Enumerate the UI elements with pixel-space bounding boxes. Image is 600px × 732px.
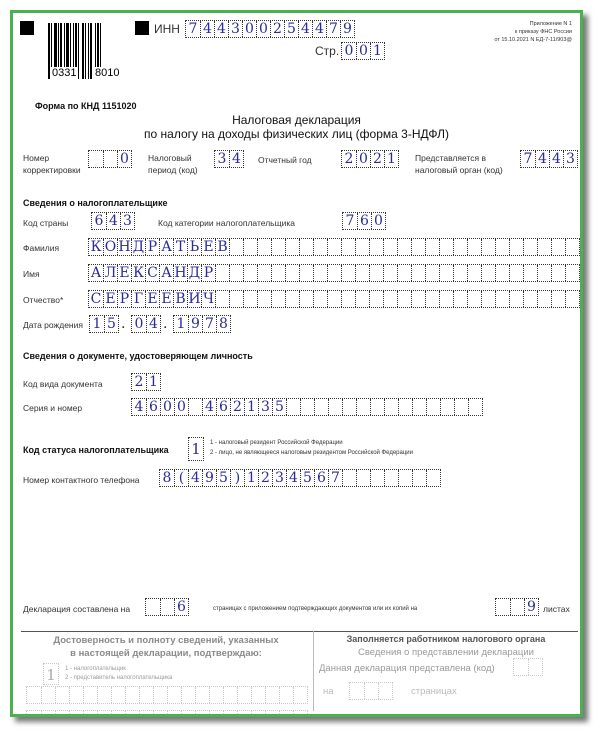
char-cell — [327, 239, 341, 255]
char-cell — [411, 239, 425, 255]
char-cell — [495, 291, 509, 307]
sheets-label: листах — [543, 603, 570, 615]
char-cell: Н — [173, 265, 187, 281]
char-cell — [285, 265, 299, 281]
char-cell — [383, 265, 397, 281]
series-number-field[interactable]: 4600462135 — [131, 398, 483, 416]
char-cell — [509, 265, 523, 281]
char-cell: 0 — [356, 43, 370, 59]
birthdate-label: Дата рождения — [23, 319, 89, 331]
char-cell: 5 — [104, 316, 118, 332]
char-cell — [495, 265, 509, 281]
char-cell — [299, 291, 313, 307]
char-cell — [481, 291, 495, 307]
period-label-2: период (код) — [148, 164, 198, 176]
char-cell: 0 — [174, 399, 188, 415]
appendix-line: к приказу ФНС России — [494, 28, 572, 36]
char-cell — [356, 399, 370, 415]
char-cell — [426, 470, 440, 486]
char-cell — [565, 265, 579, 281]
pages-count-field[interactable]: 6 — [145, 598, 189, 616]
char-cell — [146, 599, 160, 615]
correction-label-2: корректировки — [23, 164, 81, 176]
char-cell — [314, 399, 328, 415]
char-cell — [510, 599, 524, 615]
confirmation-title-line: Достоверность и полноту сведений, указан… — [21, 634, 311, 647]
char-cell — [509, 291, 523, 307]
char-cell: Д — [187, 265, 201, 281]
char-cell — [383, 291, 397, 307]
char-cell — [55, 711, 69, 714]
char-cell: 0 — [242, 21, 256, 37]
pages-word-label: страницах — [411, 686, 457, 698]
signer-name-field-2[interactable] — [26, 710, 308, 714]
char-cell — [565, 291, 579, 307]
birth-month-field[interactable]: 04 — [131, 315, 161, 333]
char-cell: 4 — [286, 470, 300, 486]
char-cell — [285, 291, 299, 307]
char-cell — [341, 291, 355, 307]
confirmation-option-1: 1 - налогоплательщик — [65, 665, 126, 673]
char-cell: 1 — [244, 399, 258, 415]
taxpayer-section-title: Сведения о налогоплательщике — [23, 197, 167, 209]
char-cell — [327, 291, 341, 307]
char-cell — [286, 399, 300, 415]
char-cell: А — [159, 265, 173, 281]
char-cell — [313, 239, 327, 255]
status-option-2: 2 - лицо, не являющееся налоговым резиде… — [210, 449, 413, 457]
char-cell — [271, 291, 285, 307]
char-cell — [468, 399, 482, 415]
char-cell — [481, 265, 495, 281]
pages-middle-label: страницах с приложением подтверждающих д… — [213, 605, 417, 613]
char-cell: 2 — [342, 151, 356, 167]
char-cell: К — [131, 265, 145, 281]
char-cell: ) — [230, 470, 244, 486]
status-field[interactable]: 1 — [188, 437, 204, 461]
char-cell: 7 — [202, 316, 216, 332]
char-cell — [257, 265, 271, 281]
appendix-line: Приложение N 1 — [494, 20, 572, 28]
reporting-year-field[interactable]: 2021 — [341, 150, 399, 168]
series-number-label: Серия и номер — [23, 402, 82, 414]
confirmation-option-2: 2 - представитель налогоплательщика — [65, 674, 172, 682]
char-cell — [285, 239, 299, 255]
char-cell — [411, 265, 425, 281]
char-cell — [27, 687, 41, 703]
char-cell — [103, 151, 117, 167]
patronymic-label: Отчество* — [23, 294, 63, 306]
char-cell: 7 — [328, 470, 342, 486]
char-cell: Ч — [201, 291, 215, 307]
char-cell: 3 — [120, 213, 134, 229]
char-cell — [370, 399, 384, 415]
char-cell: Е — [117, 265, 131, 281]
char-cell: 0 — [256, 21, 270, 37]
char-cell — [537, 265, 551, 281]
char-cell — [195, 687, 209, 703]
char-cell — [313, 265, 327, 281]
char-cell: ( — [174, 470, 188, 486]
phone-label: Номер контактного телефона — [23, 474, 159, 486]
char-cell: 4 — [188, 470, 202, 486]
char-cell: 2 — [370, 151, 384, 167]
char-cell — [453, 239, 467, 255]
char-cell — [69, 711, 83, 714]
char-cell — [537, 239, 551, 255]
on-label: на — [323, 686, 334, 698]
char-cell: 2 — [132, 374, 146, 390]
char-cell: 4 — [229, 151, 243, 167]
char-cell — [523, 265, 537, 281]
char-cell: 4 — [214, 21, 228, 37]
char-cell: 7 — [326, 21, 340, 37]
char-cell — [167, 711, 181, 714]
barcode-number-right: 8010 — [94, 67, 120, 79]
char-cell: 6 — [216, 399, 230, 415]
char-cell — [481, 239, 495, 255]
birth-year-field[interactable]: 1978 — [173, 315, 231, 333]
char-cell — [537, 291, 551, 307]
char-cell — [565, 239, 579, 255]
char-cell: 3 — [272, 470, 286, 486]
status-option-1: 1 - налоговый резидент Российской Федера… — [210, 439, 343, 447]
char-cell — [551, 265, 565, 281]
char-cell — [342, 470, 356, 486]
char-cell — [467, 291, 481, 307]
category-label: Код категории налогоплательщика — [158, 217, 295, 229]
char-cell — [528, 659, 542, 675]
char-cell: 8 — [216, 316, 230, 332]
pages-label: Декларация составлена на — [23, 603, 145, 615]
birth-day-field[interactable]: 15 — [89, 315, 119, 333]
char-cell — [440, 399, 454, 415]
char-cell: 4 — [549, 151, 563, 167]
phone-field[interactable]: 8(495)1234567 — [159, 469, 441, 487]
barcode: 0331 8010 — [48, 23, 132, 79]
char-cell — [398, 470, 412, 486]
char-cell — [237, 711, 251, 714]
char-cell: 4 — [202, 399, 216, 415]
correction-number-field[interactable]: 0 — [88, 150, 132, 168]
char-cell: 6 — [92, 213, 106, 229]
form-title: Налоговая декларация — [13, 113, 580, 127]
country-label: Код страны — [23, 217, 68, 229]
char-cell: Ь — [187, 239, 201, 255]
char-cell — [139, 711, 153, 714]
char-cell — [454, 399, 468, 415]
char-cell: 4 — [146, 316, 160, 332]
char-cell — [356, 470, 370, 486]
char-cell — [188, 399, 202, 415]
category-code-field[interactable]: 760 — [342, 212, 386, 230]
char-cell: 8 — [160, 470, 174, 486]
char-cell: 1 — [370, 43, 384, 59]
char-cell — [397, 291, 411, 307]
doc-type-label: Код вида документа — [23, 378, 103, 390]
char-cell — [215, 291, 229, 307]
char-cell — [271, 239, 285, 255]
corner-marker — [135, 21, 149, 35]
char-cell: К — [89, 239, 103, 255]
char-cell — [69, 687, 83, 703]
char-cell — [279, 687, 293, 703]
char-cell — [111, 711, 125, 714]
char-cell — [551, 239, 565, 255]
char-cell: Е — [201, 239, 215, 255]
signer-name-field[interactable] — [26, 686, 308, 704]
char-cell — [397, 265, 411, 281]
char-cell: Е — [103, 291, 117, 307]
char-cell — [181, 711, 195, 714]
char-cell — [496, 599, 510, 615]
char-cell: И — [187, 291, 201, 307]
char-cell: А — [159, 239, 173, 255]
char-cell: 7 — [521, 151, 535, 167]
tax-office-title: Заполняется работником налогового органа — [315, 634, 577, 644]
char-cell — [384, 470, 398, 486]
char-cell: 3 — [563, 151, 577, 167]
char-cell — [265, 687, 279, 703]
page-number-field[interactable]: 001 — [341, 42, 385, 60]
confirmation-title: Достоверность и полноту сведений, указан… — [21, 634, 311, 660]
char-cell — [313, 291, 327, 307]
char-cell: Е — [159, 291, 173, 307]
char-cell — [341, 239, 355, 255]
char-cell — [425, 265, 439, 281]
char-cell — [355, 291, 369, 307]
char-cell — [398, 399, 412, 415]
char-cell: 0 — [132, 316, 146, 332]
char-cell: 9 — [340, 21, 354, 37]
char-cell — [229, 239, 243, 255]
char-cell — [439, 265, 453, 281]
char-cell — [153, 711, 167, 714]
office-pages-field[interactable] — [349, 682, 393, 700]
char-cell: 4 — [298, 21, 312, 37]
inn-label: ИНН — [154, 23, 180, 35]
char-cell — [271, 265, 285, 281]
sheets-count-field[interactable]: 9 — [495, 598, 539, 616]
char-cell — [384, 399, 398, 415]
char-cell — [383, 239, 397, 255]
char-cell — [257, 291, 271, 307]
char-cell: В — [215, 239, 229, 255]
char-cell — [97, 687, 111, 703]
char-cell — [355, 265, 369, 281]
correction-label: Номер — [23, 152, 49, 164]
footer-divider — [21, 631, 578, 632]
char-cell: 4 — [535, 151, 549, 167]
char-cell — [243, 239, 257, 255]
char-cell: 1 — [44, 664, 58, 684]
char-cell: 4 — [132, 399, 146, 415]
authority-label: Представляется в — [415, 152, 486, 164]
form-subtitle: по налогу на доходы физических лиц (форм… — [13, 127, 580, 141]
char-cell — [229, 265, 243, 281]
char-cell: Р — [117, 291, 131, 307]
char-cell: 1 — [90, 316, 104, 332]
char-cell — [355, 239, 369, 255]
name-label: Имя — [23, 268, 40, 280]
doc-type-field[interactable]: 21 — [131, 373, 161, 391]
char-cell: Р — [201, 265, 215, 281]
char-cell — [509, 239, 523, 255]
char-cell — [495, 239, 509, 255]
char-cell: 9 — [524, 599, 538, 615]
char-cell — [327, 265, 341, 281]
char-cell — [467, 239, 481, 255]
char-cell — [369, 291, 383, 307]
char-cell — [370, 470, 384, 486]
char-cell — [181, 687, 195, 703]
char-cell: 4 — [312, 21, 326, 37]
char-cell: 6 — [174, 599, 188, 615]
char-cell: Е — [145, 291, 159, 307]
surname-field[interactable]: КОНДРАТЬЕВ — [88, 238, 580, 256]
country-code-field[interactable]: 643 — [91, 212, 135, 230]
char-cell — [215, 265, 229, 281]
char-cell: 3 — [258, 399, 272, 415]
char-cell — [160, 599, 174, 615]
char-cell: 4 — [106, 213, 120, 229]
char-cell: 6 — [314, 470, 328, 486]
inn-field[interactable]: 744300254479 — [185, 20, 355, 38]
char-cell — [55, 687, 69, 703]
char-cell: 1 — [189, 438, 203, 460]
char-cell: 6 — [146, 399, 160, 415]
char-cell — [342, 399, 356, 415]
char-cell: 5 — [272, 399, 286, 415]
char-cell: С — [145, 265, 159, 281]
char-cell: Т — [173, 239, 187, 255]
char-cell — [426, 399, 440, 415]
char-cell: 7 — [343, 213, 357, 229]
char-cell — [111, 687, 125, 703]
char-cell — [83, 711, 97, 714]
char-cell: 2 — [258, 470, 272, 486]
char-cell — [223, 687, 237, 703]
char-cell — [229, 291, 243, 307]
char-cell — [167, 687, 181, 703]
char-cell — [369, 265, 383, 281]
submitted-label: Данная декларация представлена (код) — [319, 663, 495, 675]
date-separator: . — [121, 318, 125, 330]
char-cell: В — [173, 291, 187, 307]
char-cell — [299, 239, 313, 255]
surname-label: Фамилия — [23, 242, 59, 254]
char-cell — [411, 291, 425, 307]
char-cell — [195, 711, 209, 714]
authority-label-2: налоговый орган (код) — [415, 164, 503, 176]
char-cell — [89, 151, 103, 167]
char-cell — [467, 265, 481, 281]
patronymic-field[interactable]: СЕРГЕЕВИЧ — [88, 290, 580, 308]
char-cell — [299, 265, 313, 281]
char-cell — [41, 711, 55, 714]
char-cell: С — [89, 291, 103, 307]
char-cell — [328, 399, 342, 415]
char-cell: 2 — [270, 21, 284, 37]
confirmation-field[interactable]: 1 — [43, 663, 59, 685]
char-cell: 3 — [228, 21, 242, 37]
char-cell — [279, 711, 293, 714]
char-cell: 0 — [356, 151, 370, 167]
tax-authority-field[interactable]: 7443 — [520, 150, 578, 168]
document-section-title: Сведения о документе, удостоверяющем лич… — [23, 350, 253, 362]
char-cell: 7 — [186, 21, 200, 37]
char-cell — [243, 291, 257, 307]
char-cell — [257, 239, 271, 255]
char-cell: 1 — [146, 374, 160, 390]
char-cell: Н — [117, 239, 131, 255]
char-cell: А — [89, 265, 103, 281]
char-cell — [439, 239, 453, 255]
char-cell — [41, 687, 55, 703]
first-name-field[interactable]: АЛЕКСАНДР — [88, 264, 580, 282]
char-cell: О — [103, 239, 117, 255]
char-cell — [364, 683, 378, 699]
char-cell — [251, 687, 265, 703]
char-cell — [341, 265, 355, 281]
char-cell — [139, 687, 153, 703]
char-cell: Д — [131, 239, 145, 255]
char-cell: 9 — [202, 470, 216, 486]
char-cell — [397, 239, 411, 255]
tax-period-field[interactable]: 34 — [214, 150, 244, 168]
char-cell: 9 — [188, 316, 202, 332]
char-cell — [251, 711, 265, 714]
char-cell: Г — [131, 291, 145, 307]
tax-office-subtitle: Сведения о представлении декларации — [315, 647, 577, 658]
char-cell — [453, 291, 467, 307]
char-cell — [523, 239, 537, 255]
char-cell — [551, 291, 565, 307]
char-cell — [27, 711, 41, 714]
char-cell: Р — [145, 239, 159, 255]
char-cell — [425, 239, 439, 255]
period-label: Налоговый — [148, 152, 192, 164]
char-cell: 3 — [215, 151, 229, 167]
char-cell — [223, 711, 237, 714]
footer-column-divider — [313, 631, 314, 711]
char-cell: 5 — [300, 470, 314, 486]
char-cell: 4 — [200, 21, 214, 37]
char-cell: 1 — [384, 151, 398, 167]
char-cell — [125, 711, 139, 714]
char-cell: 0 — [342, 43, 356, 59]
barcode-number-left: 0331 — [51, 67, 77, 79]
char-cell: 0 — [160, 399, 174, 415]
submitted-code-field[interactable] — [513, 658, 543, 676]
char-cell: Л — [103, 265, 117, 281]
date-separator: . — [163, 318, 167, 330]
status-label: Код статуса налогоплательщика — [23, 444, 169, 456]
char-cell — [425, 291, 439, 307]
char-cell — [83, 687, 97, 703]
char-cell — [209, 687, 223, 703]
year-label: Отчетный год — [258, 154, 312, 166]
appendix-line: от 15.10.2021 N ЕД-7-11/903@ — [494, 36, 572, 44]
confirmation-title-line: в настоящей декларации, подтверждаю: — [21, 647, 311, 660]
char-cell — [97, 711, 111, 714]
char-cell — [412, 399, 426, 415]
char-cell: 6 — [357, 213, 371, 229]
char-cell — [265, 711, 279, 714]
char-cell: 0 — [371, 213, 385, 229]
char-cell — [209, 711, 223, 714]
char-cell — [153, 687, 167, 703]
